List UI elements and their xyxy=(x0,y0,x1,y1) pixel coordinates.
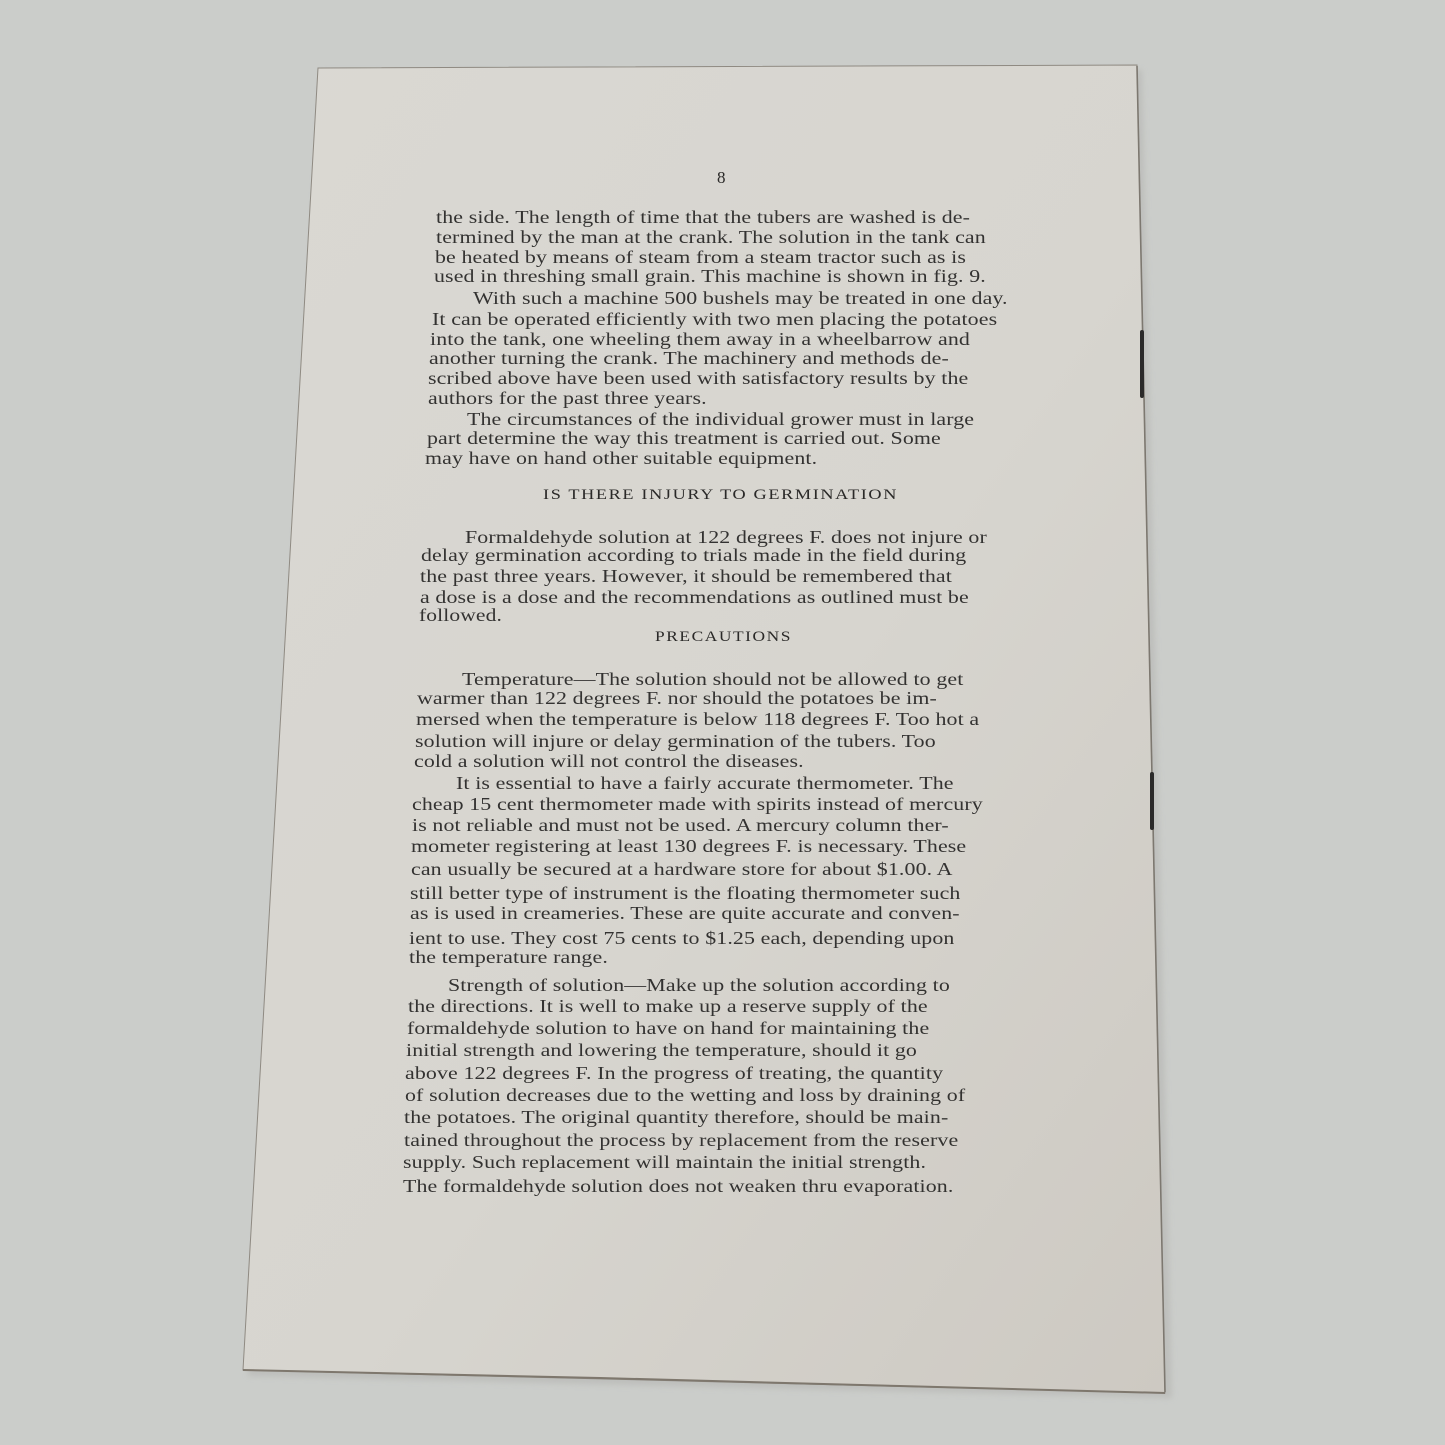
paragraph-line: the potatoes. The original quantity ther… xyxy=(404,1107,948,1127)
paragraph-line: The circumstances of the individual grow… xyxy=(467,409,974,429)
staple-top xyxy=(1140,330,1144,398)
paragraph-line: Formaldehyde solution at 122 degrees F. … xyxy=(465,527,987,547)
staple-bottom xyxy=(1150,772,1154,830)
paragraph-line: be heated by means of steam from a steam… xyxy=(435,247,966,267)
paragraph-line: It is essential to have a fairly accurat… xyxy=(456,773,954,793)
paragraph-line: ient to use. They cost 75 cents to $1.25… xyxy=(409,928,954,948)
paragraph-line: Temperature—The solution should not be a… xyxy=(462,669,963,689)
paragraph-line: The formaldehyde solution does not weake… xyxy=(403,1176,953,1196)
paragraph-line: is not reliable and must not be used. A … xyxy=(412,815,949,835)
paragraph-line: delay germination according to trials ma… xyxy=(421,545,966,565)
paragraph-line: supply. Such replacement will maintain t… xyxy=(403,1152,926,1172)
paragraph-line: termined by the man at the crank. The so… xyxy=(436,227,986,247)
paragraph-line: part determine the way this treatment is… xyxy=(427,428,941,448)
photo-scene: 8 the side. The length of time that the … xyxy=(0,0,1445,1445)
paragraph-line: the side. The length of time that the tu… xyxy=(436,207,970,227)
paragraph-line: as is used in creameries. These are quit… xyxy=(410,903,960,923)
paragraph-line: cheap 15 cent thermometer made with spir… xyxy=(412,794,983,814)
paragraph-line: the past three years. However, it should… xyxy=(420,566,952,586)
paragraph-line: another turning the crank. The machinery… xyxy=(429,348,949,368)
paragraph-line: used in threshing small grain. This mach… xyxy=(434,266,986,286)
paragraph-line: cold a solution will not control the dis… xyxy=(414,751,804,771)
paragraph-line: solution will injure or delay germinatio… xyxy=(415,731,936,751)
paragraph-line: can usually be secured at a hardware sto… xyxy=(411,859,953,879)
paragraph-line: still better type of instrument is the f… xyxy=(410,883,961,903)
paragraph-line: It can be operated efficiently with two … xyxy=(432,309,997,329)
paragraph-line: may have on hand other suitable equipmen… xyxy=(425,448,817,468)
section-heading: PRECAUTIONS xyxy=(655,627,792,647)
paragraph-line: warmer than 122 degrees F. nor should th… xyxy=(417,688,937,708)
paragraph-line: initial strength and lowering the temper… xyxy=(406,1040,917,1060)
paragraph-line: above 122 degrees F. In the progress of … xyxy=(405,1063,943,1083)
paragraph-line: With such a machine 500 bushels may be t… xyxy=(473,288,1008,308)
paragraph-line: into the tank, one wheeling them away in… xyxy=(430,329,970,349)
paragraph-line: mometer registering at least 130 degrees… xyxy=(411,836,966,856)
paragraph-line: tained throughout the process by replace… xyxy=(404,1130,958,1150)
section-heading: IS THERE INJURY TO GERMINATION xyxy=(543,485,898,505)
paragraph-line: of solution decreases due to the wetting… xyxy=(405,1085,965,1105)
paragraph-line: followed. xyxy=(419,605,502,625)
page-number: 8 xyxy=(717,168,726,188)
paragraph-line: authors for the past three years. xyxy=(428,388,707,408)
paragraph-line: a dose is a dose and the recommendations… xyxy=(420,587,969,607)
paragraph-line: formaldehyde solution to have on hand fo… xyxy=(407,1018,929,1038)
paragraph-line: scribed above have been used with satisf… xyxy=(428,368,968,388)
paragraph-line: the temperature range. xyxy=(409,947,608,967)
paragraph-line: the directions. It is well to make up a … xyxy=(408,996,928,1016)
paragraph-line: Strength of solution—Make up the solutio… xyxy=(448,975,950,995)
paragraph-line: mersed when the temperature is below 118… xyxy=(416,709,979,729)
